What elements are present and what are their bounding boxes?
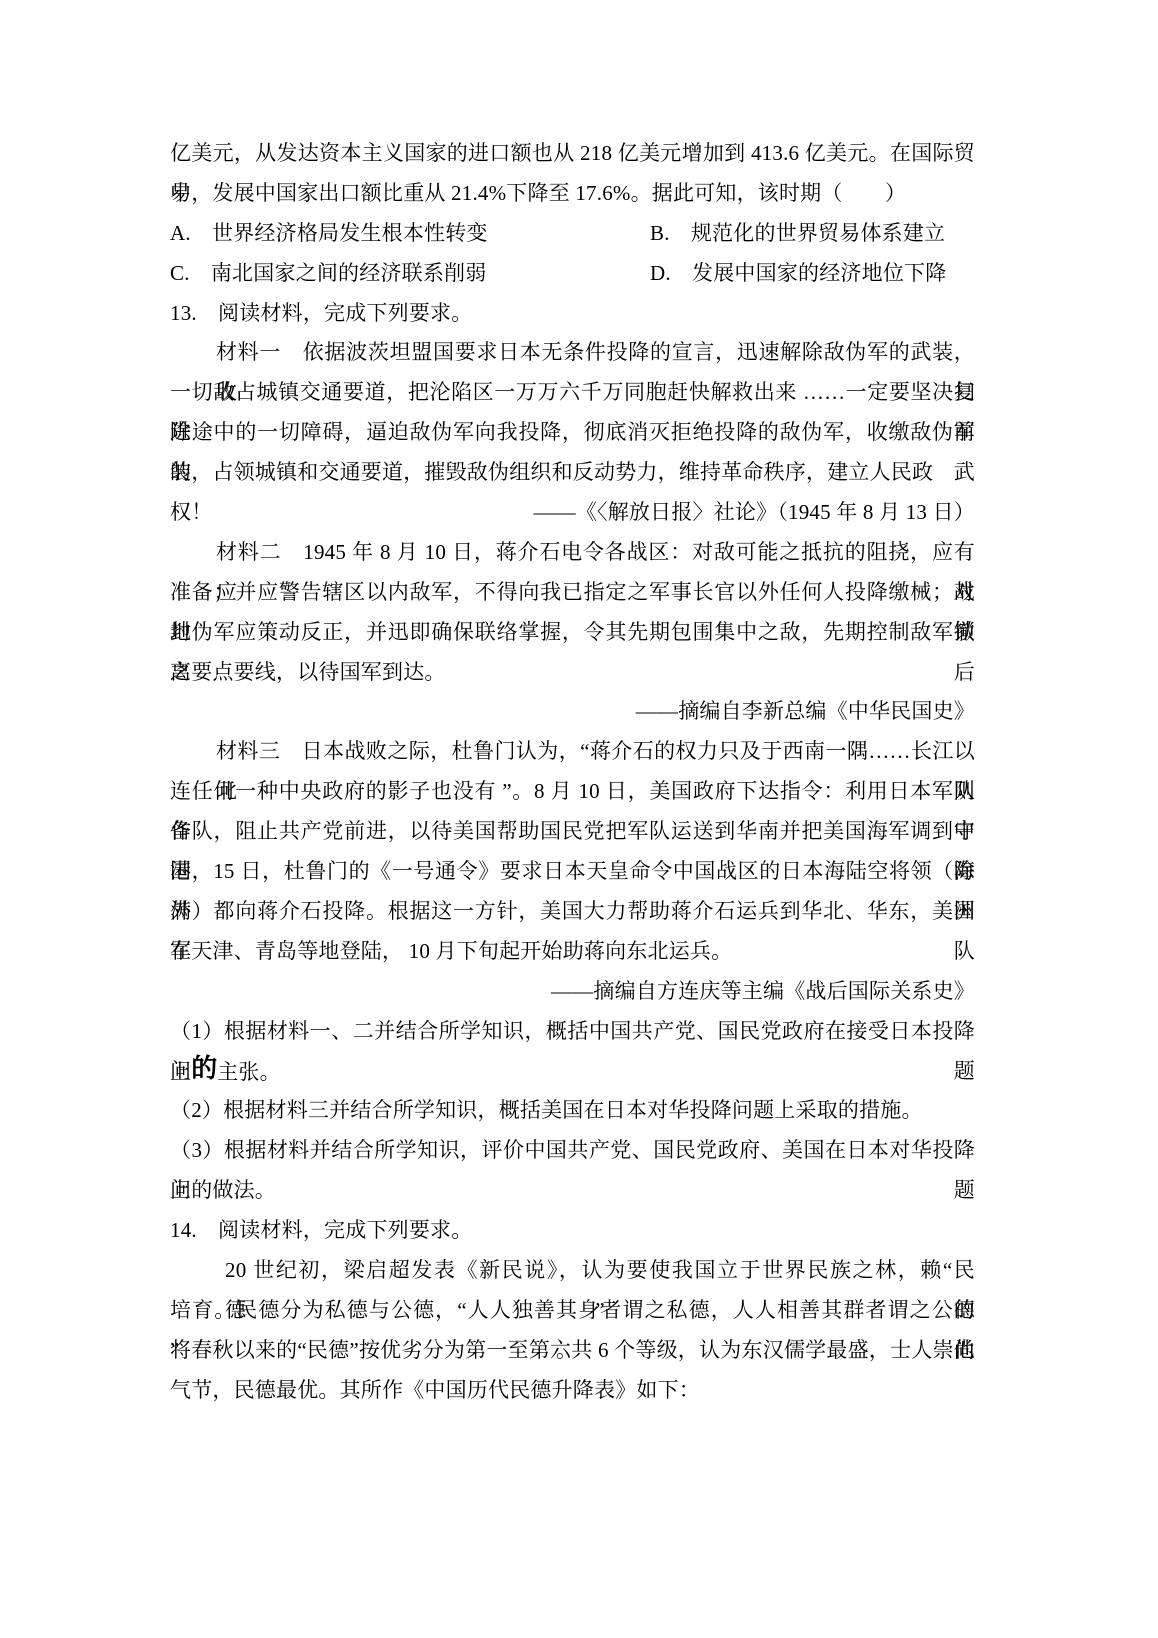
document-content: 亿美元，从发达资本主义国家的进口额也从 218 亿美元增加到 413.6 亿美元… <box>170 134 975 1411</box>
text-line: ——《〈解放日报〉社论》（1945 年 8 月 13 日） <box>170 493 975 533</box>
document-page: 亿美元，从发达资本主义国家的进口额也从 218 亿美元增加到 413.6 亿美元… <box>0 0 1158 1638</box>
text-line: 进途中的一切障碍，逼迫敌伪军向我投降，彻底消灭拒绝投降的敌伪军，收缴敌伪军的武 <box>170 413 975 453</box>
text-line: ——摘编自方连庆等主编《战后国际关系史》 <box>170 972 975 1012</box>
text-line: 中，发展中国家出口额比重从 21.4%下降至 17.6%。据此可知，该时期（ ） <box>170 174 975 214</box>
bold-character: 的 <box>191 1054 217 1083</box>
text-segment: 主张。 <box>217 1060 281 1084</box>
text-line: 材料二 1945 年 8 月 10 日，蒋介石电令各战区：对敌可能之抵抗的阻挠，… <box>170 533 975 573</box>
text-line: 14. 阅读材料，完成下列要求。 <box>170 1211 975 1251</box>
text-line: 港，15 日，杜鲁门的《一号通令》要求日本天皇命令中国战区的日本海陆空将领（除满… <box>170 852 975 892</box>
option-left: C. 南北国家之间的经济联系削弱 <box>170 254 650 294</box>
text-line: （3）根据材料并结合所学知识，评价中国共产党、国民党政府、美国在日本对华投降问题 <box>170 1131 975 1171</box>
text-line: 备队，阻止共产党前进，以待美国帮助国民党把军队运送到华南并把美国海军调到中国海 <box>170 812 975 852</box>
text-line: 装，占领城镇和交通要道，摧毁敌伪组织和反动势力，维持革命秩序，建立人民政权！ <box>170 453 975 493</box>
options-row: C. 南北国家之间的经济联系削弱D. 发展中国家的经济地位下降 <box>170 254 975 294</box>
text-line: 一切敌占城镇交通要道，把沦陷区一万万六千万同胞赶快解救出来 ……一定要坚决扫除前 <box>170 373 975 413</box>
text-line: 准备；并应警告辖区以内敌军，不得向我已指定之军事长官以外任何人投降缴械；对封锁 <box>170 573 975 613</box>
text-line: 13. 阅读材料，完成下列要求。 <box>170 294 975 334</box>
text-line: （2）根据材料三并结合所学知识，概括美国在日本对华投降问题上采取的措施。 <box>170 1091 975 1131</box>
text-segment: 上 <box>170 1060 191 1084</box>
text-line: 材料一 依据波茨坦盟国要求日本无条件投降的宣言，迅速解除敌伪军的武装，收复 <box>170 333 975 373</box>
text-line: 培育。民德分为私德与公德，“人人独善其身者谓之私德，人人相善其群者谓之公德 ”。… <box>170 1291 975 1331</box>
option-right: D. 发展中国家的经济地位下降 <box>650 261 946 285</box>
text-line: 连任何一种中央政府的影子也没有 ”。8 月 10 日，美国政府下达指令：利用日本… <box>170 772 975 812</box>
text-line: 材料三 日本战败之际，杜鲁门认为，“蒋介石的权力只及于西南一隅……长江以北则 <box>170 732 975 772</box>
text-line: 气节，民德最优。其所作《中国历代民德升降表》如下： <box>170 1371 975 1411</box>
options-row: A. 世界经济格局发生根本性转变B. 规范化的世界贸易体系建立 <box>170 214 975 254</box>
text-line: 亿美元，从发达资本主义国家的进口额也从 218 亿美元增加到 413.6 亿美元… <box>170 134 975 174</box>
text-line: ——摘编自李新总编《中华民国史》 <box>170 692 975 732</box>
text-line: 地伪军应策动反正，并迅即确保联络掌握，令其先期包围集中之敌，先期控制敌军撤离后 <box>170 613 975 653</box>
text-line: 外）都向蒋介石投降。根据这一方针，美国大力帮助蒋介石运兵到华北、华东，美国军队 <box>170 892 975 932</box>
option-right: B. 规范化的世界贸易体系建立 <box>650 221 945 245</box>
text-line: 将春秋以来的“民德”按优劣分为第一至第六共 6 个等级，认为东汉儒学最盛，士人崇… <box>170 1331 975 1371</box>
text-line: 20 世纪初，梁启超发表《新民说》，认为要使我国立于世界民族之林，赖“民德”的 <box>170 1251 975 1291</box>
text-line: （1）根据材料一、二并结合所学知识，概括中国共产党、国民党政府在接受日本投降问题 <box>170 1012 975 1052</box>
option-left: A. 世界经济格局发生根本性转变 <box>170 214 650 254</box>
